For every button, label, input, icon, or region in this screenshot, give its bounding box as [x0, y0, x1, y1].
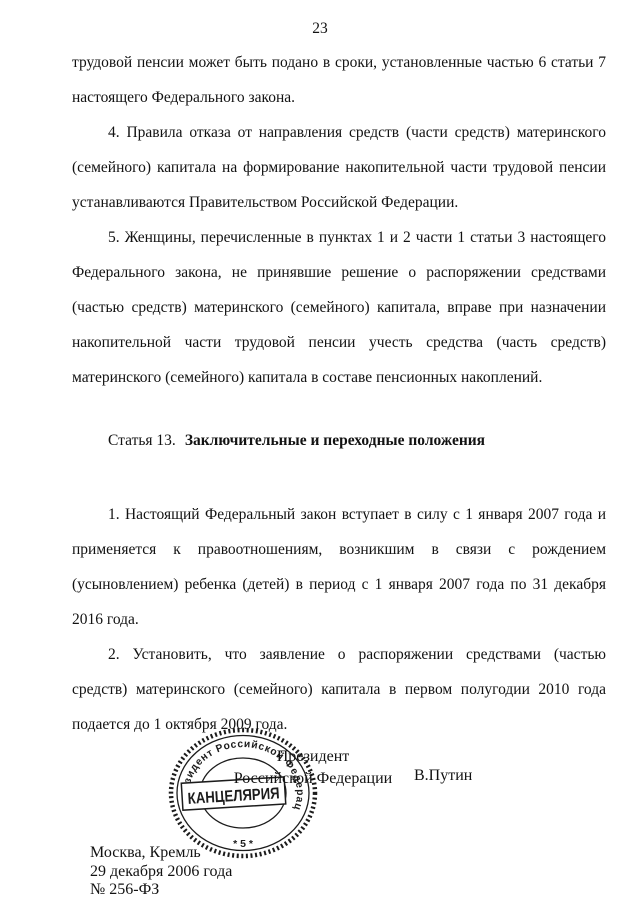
page-number: 23 [0, 20, 640, 38]
signature-office-line1: Президент [228, 746, 398, 768]
article-number: Статья 13. [108, 432, 176, 449]
article-heading: Статья 13.Заключительные и переходные по… [72, 423, 606, 458]
colophon-number: № 256-ФЗ [90, 881, 232, 900]
colophon: Москва, Кремль 29 декабря 2006 года № 25… [90, 844, 232, 900]
text-line: трудовой пенсии может быть подано в срок… [72, 45, 606, 80]
text-line: Федерального закона, не принявшие решени… [72, 255, 606, 290]
colophon-place: Москва, Кремль [90, 844, 232, 863]
text-line: 1. Настоящий Федеральный закон вступает … [72, 497, 606, 532]
text-line: 4. Правила отказа от направления средств… [72, 115, 606, 150]
document-body-part1: трудовой пенсии может быть подано в срок… [72, 45, 606, 395]
text-line: материнского (семейного) капитала в сост… [72, 360, 606, 395]
text-line: (семейного) капитала на формирование нак… [72, 150, 606, 185]
text-line: накопительной части трудовой пенсии учес… [72, 325, 606, 360]
signature-name: В.Путин [414, 767, 472, 785]
text-line: настоящего Федерального закона. [72, 80, 606, 115]
text-line: (усыновлением) ребенка (детей) в период … [72, 567, 606, 602]
text-line: подается до 1 октября 2009 года. [72, 707, 606, 742]
text-line: 5. Женщины, перечисленные в пунктах 1 и … [72, 220, 606, 255]
text-line: (частью средств) материнского (семейного… [72, 290, 606, 325]
colophon-date: 29 декабря 2006 года [90, 863, 232, 882]
text-line: средств) материнского (семейного) капита… [72, 672, 606, 707]
stamp-bottom-text: * 5 * [233, 838, 254, 850]
signature-office-line2: Российской Федерации [228, 768, 398, 790]
text-line: 2016 года. [72, 602, 606, 637]
text-line: применяется к правоотношениям, возникшим… [72, 532, 606, 567]
text-line: устанавливаются Правительством Российско… [72, 185, 606, 220]
article-title: Заключительные и переходные положения [185, 432, 485, 449]
signature-office: Президент Российской Федерации [228, 746, 398, 789]
text-line: 2. Установить, что заявление о распоряже… [72, 637, 606, 672]
document-page: 23 трудовой пенсии может быть подано в с… [0, 0, 640, 900]
document-body-part2: 1. Настоящий Федеральный закон вступает … [72, 497, 606, 742]
